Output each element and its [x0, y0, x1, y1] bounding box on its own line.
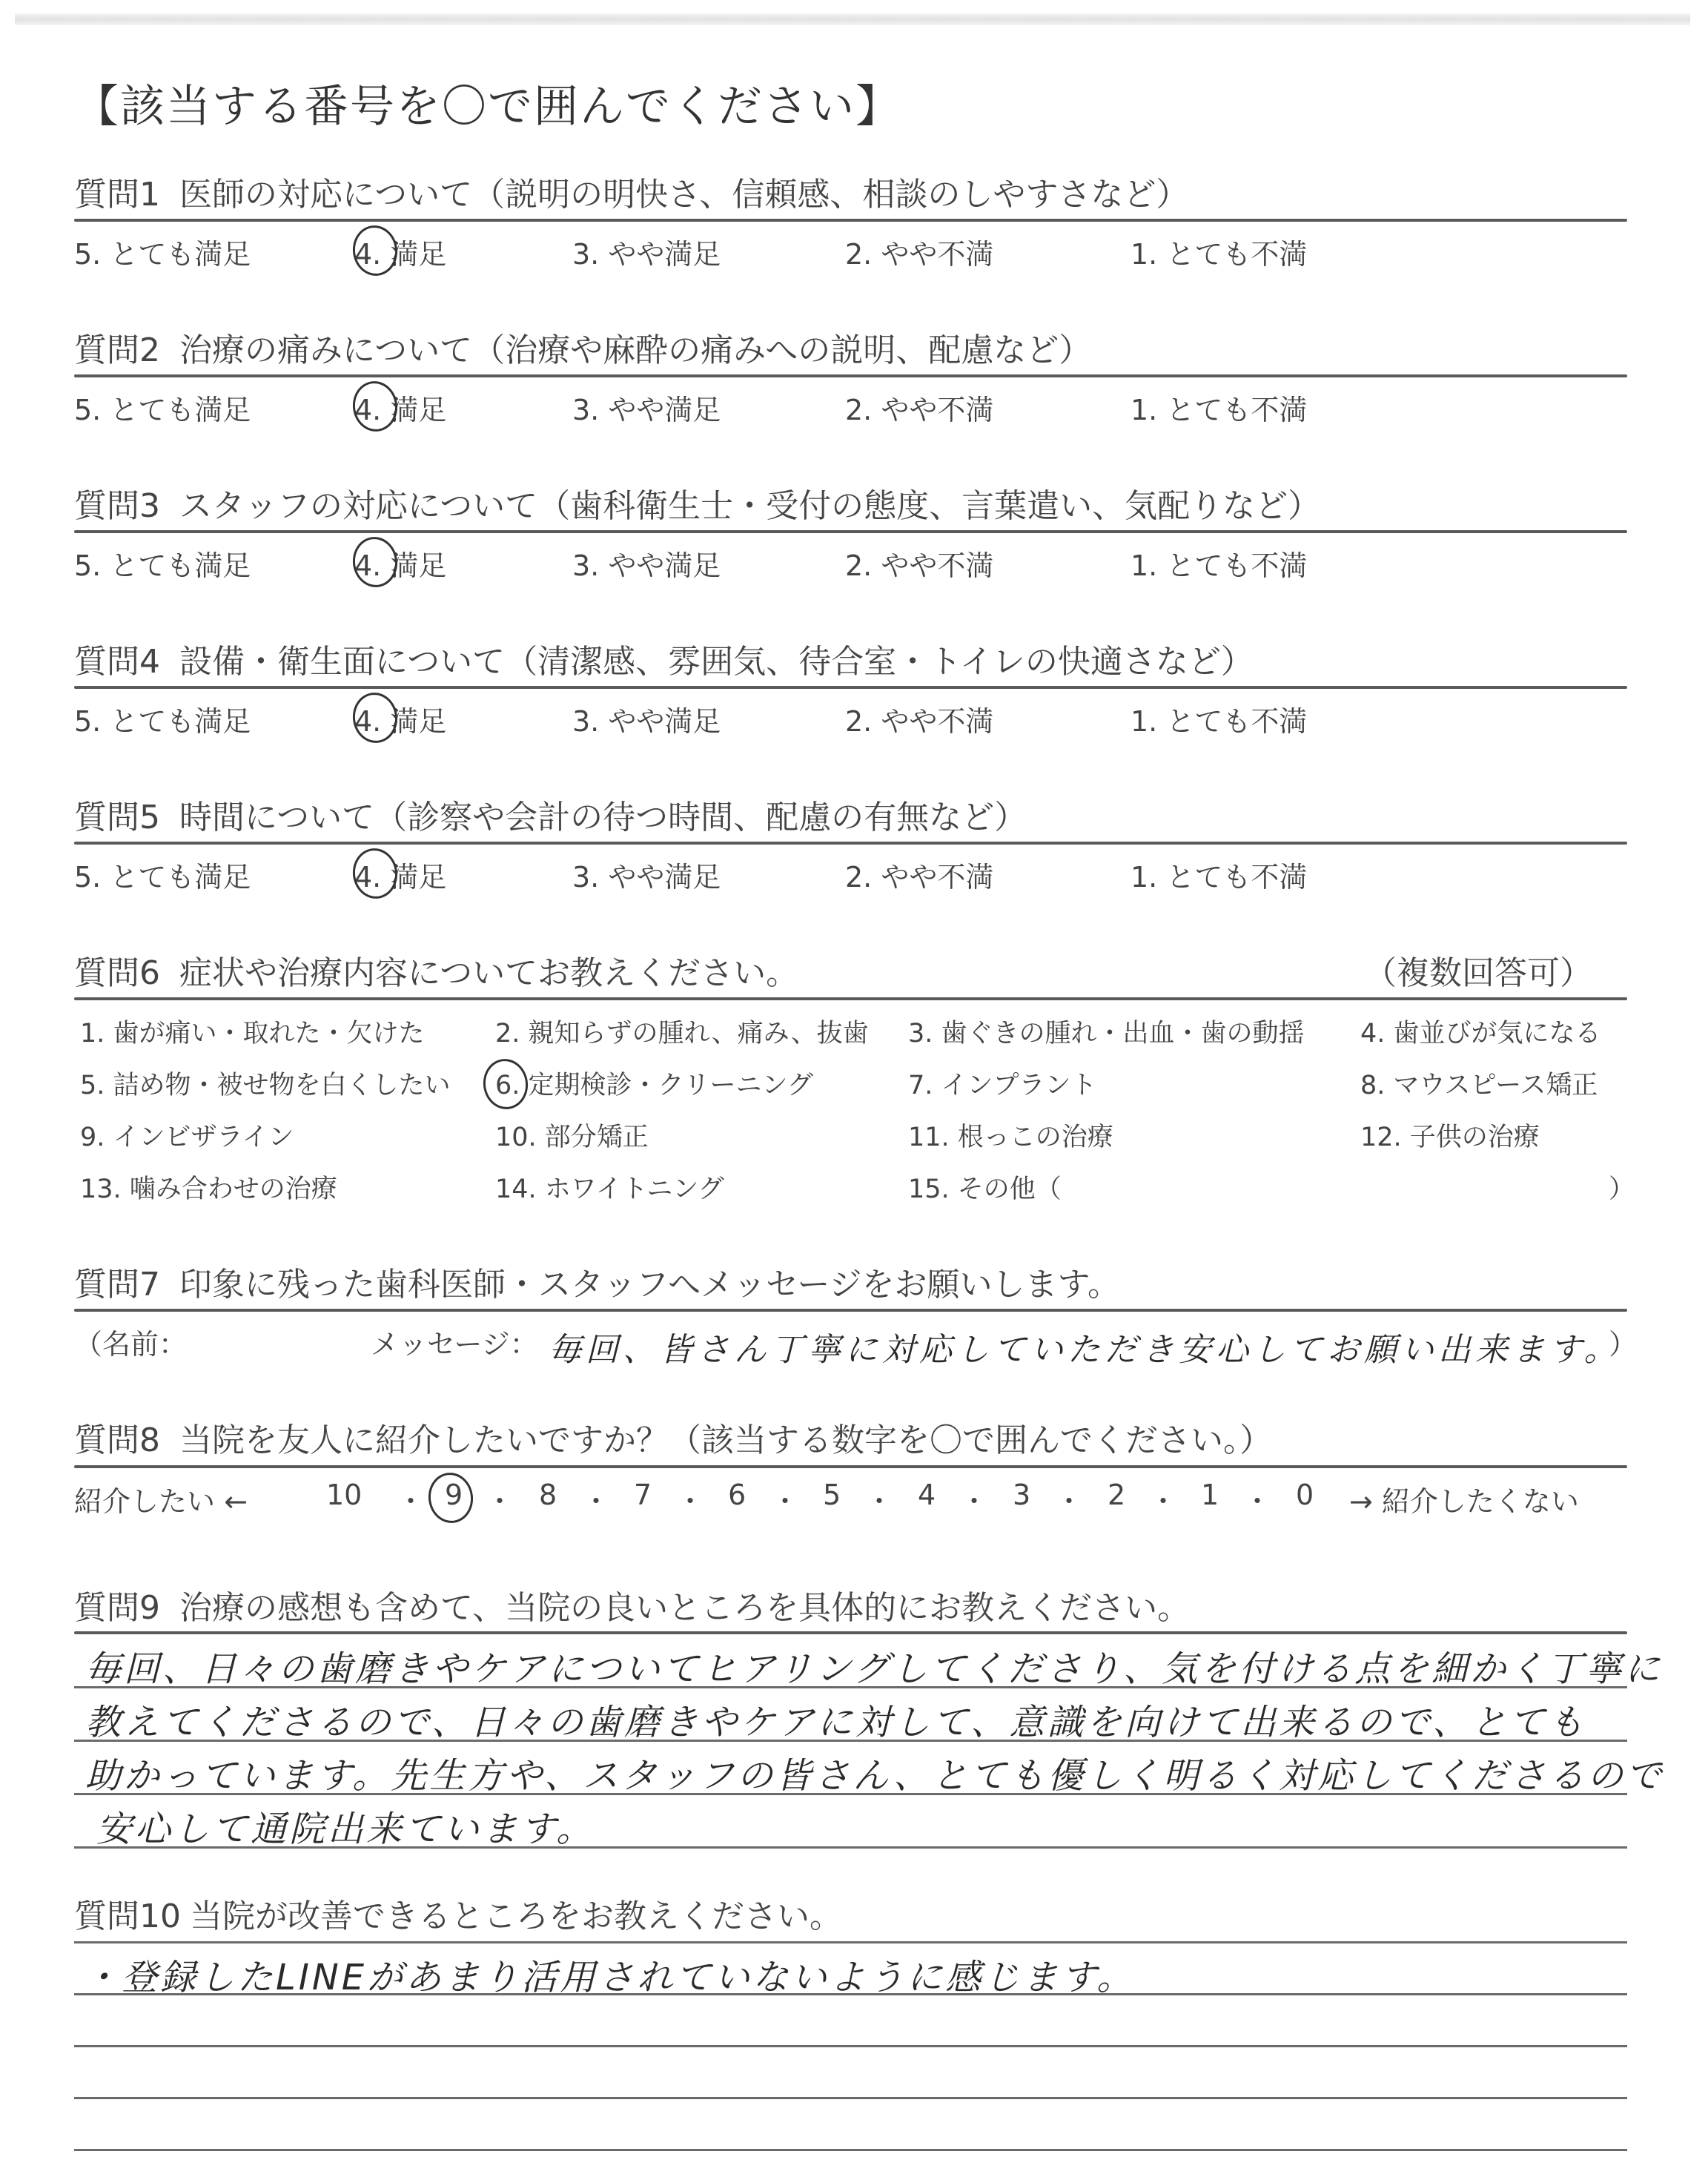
treatment-option-13[interactable]: 13. 噛み合わせの治療: [80, 1169, 337, 1206]
scale-separator: ・: [397, 1479, 425, 1519]
treatment-option-14[interactable]: 14. ホワイトニング: [495, 1169, 724, 1206]
divider: [74, 686, 1627, 689]
multiple-answers-note: （複数回答可）: [1364, 946, 1592, 994]
scale-left-label: 紹介したい ←: [74, 1479, 248, 1519]
answer-line-3[interactable]: 助かっています。先生方や、スタッフの皆さん、とても優しく明るく対応してくださるの…: [85, 1747, 1664, 1798]
question-text: 医師の対応について（説明の明快さ、信頼感、相談のしやすさなど）: [179, 176, 1188, 214]
page-title: 【該当する番号を〇で囲んでください】: [74, 71, 901, 135]
option-1[interactable]: 1. とても不満: [1131, 698, 1307, 739]
question-text: 当院を友人に紹介したいですか？（該当する数字を〇で囲んでください。）: [179, 1421, 1272, 1459]
option-5[interactable]: 5. とても満足: [74, 698, 251, 739]
option-2[interactable]: 2. やや不満: [845, 231, 993, 272]
question-6-heading: 質問6症状や治療内容についてお教えください。: [74, 946, 798, 994]
option-4-selected[interactable]: 4. 満足: [354, 698, 446, 739]
treatment-option-11[interactable]: 11. 根っこの治療: [908, 1117, 1113, 1154]
question-7-heading: 質問7印象に残った歯科医師・スタッフへメッセージをお願いします。: [74, 1258, 1120, 1305]
option-2[interactable]: 2. やや不満: [845, 854, 993, 895]
treatment-option-6-selected[interactable]: 6. 定期検診・クリーニング: [495, 1065, 813, 1102]
answer-line: [74, 2097, 1627, 2099]
question-4-heading: 質問4設備・衛生面について（清潔感、雰囲気、待合室・トイレの快適さなど）: [74, 635, 1254, 682]
divider: [74, 997, 1627, 1000]
question-text: スタッフの対応について（歯科衛生士・受付の態度、言葉遣い、気配りなど）: [179, 487, 1320, 525]
treatment-option-7[interactable]: 7. インプラント: [908, 1065, 1097, 1102]
scale-separator: ・: [771, 1479, 799, 1519]
question-5-heading: 質問5時間について（診察や会計の待つ時間、配慮の有無など）: [74, 790, 1027, 838]
question-2-heading: 質問2治療の痛みについて（治療や麻酔の痛みへの説明、配慮など）: [74, 323, 1091, 371]
option-2[interactable]: 2. やや不満: [845, 387, 993, 428]
answer-line-1[interactable]: 毎回、日々の歯磨きやケアについてヒアリングしてくださり、気を付ける点を細かく丁寧…: [85, 1640, 1663, 1691]
scale-1[interactable]: 1: [1201, 1479, 1219, 1511]
answer-line-2[interactable]: 教えてくださるので、日々の歯磨きやケアに対して、意識を向けて出来るので、とても: [85, 1694, 1586, 1745]
option-3[interactable]: 3. やや満足: [572, 698, 721, 739]
scale-9-selected[interactable]: 9: [445, 1479, 463, 1511]
option-3[interactable]: 3. やや満足: [572, 387, 721, 428]
answer-line: [74, 1686, 1627, 1688]
scan-top-band: [15, 13, 1690, 25]
treatment-option-9[interactable]: 9. インビザライン: [80, 1117, 294, 1154]
scale-separator: ・: [582, 1479, 610, 1519]
message-close-paren: ）: [1609, 1321, 1637, 1362]
question-number: 質問3: [74, 487, 160, 525]
answer-line: [74, 1793, 1627, 1795]
treatment-option-3[interactable]: 3. 歯ぐきの腫れ・出血・歯の動揺: [908, 1013, 1305, 1050]
message-label: メッセージ：: [371, 1321, 538, 1362]
option-3[interactable]: 3. やや満足: [572, 854, 721, 895]
scale-separator: ・: [1149, 1479, 1177, 1519]
answer-line: [74, 1941, 1627, 1943]
divider: [74, 530, 1627, 533]
treatment-option-10[interactable]: 10. 部分矯正: [495, 1117, 649, 1154]
message-handwritten[interactable]: 毎回、皆さん丁寧に対応していただき安心してお願い出来ます。: [549, 1323, 1621, 1370]
question-number: 質問9: [74, 1589, 160, 1627]
question-number: 質問1: [74, 176, 160, 214]
answer-line: [74, 1846, 1627, 1849]
treatment-option-8[interactable]: 8. マウスピース矯正: [1360, 1065, 1598, 1102]
name-label: （名前：: [74, 1321, 187, 1362]
scale-7[interactable]: 7: [634, 1479, 652, 1511]
question-1-heading: 質問1医師の対応について（説明の明快さ、信頼感、相談のしやすさなど）: [74, 168, 1188, 215]
other-close-paren: ）: [1609, 1169, 1635, 1206]
divider: [74, 374, 1627, 377]
answer-line: [74, 1993, 1627, 1995]
option-4-selected[interactable]: 4. 満足: [354, 543, 446, 584]
scale-separator: ・: [960, 1479, 988, 1519]
option-4-selected[interactable]: 4. 満足: [354, 231, 446, 272]
option-1[interactable]: 1. とても不満: [1131, 854, 1307, 895]
divider: [74, 1465, 1627, 1468]
option-4-selected[interactable]: 4. 満足: [354, 387, 446, 428]
option-3[interactable]: 3. やや満足: [572, 231, 721, 272]
divider: [74, 842, 1627, 845]
scale-2[interactable]: 2: [1108, 1479, 1125, 1511]
scale-separator: ・: [486, 1479, 514, 1519]
question-3-heading: 質問3スタッフの対応について（歯科衛生士・受付の態度、言葉遣い、気配りなど）: [74, 479, 1320, 526]
treatment-option-4[interactable]: 4. 歯並びが気になる: [1360, 1013, 1601, 1050]
option-5[interactable]: 5. とても満足: [74, 231, 251, 272]
question-8-heading: 質問8当院を友人に紹介したいですか？（該当する数字を〇で囲んでください。）: [74, 1413, 1272, 1461]
scale-separator: ・: [865, 1479, 893, 1519]
answer-line: [74, 2149, 1627, 2151]
scale-6[interactable]: 6: [728, 1479, 746, 1511]
question-number: 質問6: [74, 954, 160, 992]
option-5[interactable]: 5. とても満足: [74, 543, 251, 584]
option-3[interactable]: 3. やや満足: [572, 543, 721, 584]
question-number: 質問8: [74, 1421, 160, 1459]
option-4-selected[interactable]: 4. 満足: [354, 854, 446, 895]
treatment-option-12[interactable]: 12. 子供の治療: [1360, 1117, 1540, 1154]
scale-3[interactable]: 3: [1013, 1479, 1030, 1511]
question-number: 質問10: [74, 1898, 181, 1935]
scale-separator: ・: [676, 1479, 704, 1519]
option-1[interactable]: 1. とても不満: [1131, 387, 1307, 428]
question-text: 治療の痛みについて（治療や麻酔の痛みへの説明、配慮など）: [179, 331, 1091, 369]
question-number: 質問4: [74, 643, 160, 681]
question-10-heading: 質問10当院が改善できるところをお教えください。: [74, 1889, 842, 1937]
scale-5[interactable]: 5: [823, 1479, 841, 1511]
question-number: 質問5: [74, 799, 160, 836]
answer-line: [74, 1740, 1627, 1742]
option-2[interactable]: 2. やや不満: [845, 543, 993, 584]
treatment-option-5[interactable]: 5. 詰め物・被せ物を白くしたい: [80, 1065, 451, 1102]
scale-4[interactable]: 4: [918, 1479, 936, 1511]
question-text: 治療の感想も含めて、当院の良いところを具体的にお教えください。: [179, 1589, 1190, 1627]
scale-8[interactable]: 8: [539, 1479, 557, 1511]
scale-10[interactable]: 10: [326, 1479, 362, 1511]
divider: [74, 1309, 1627, 1312]
answer-line: [74, 2045, 1627, 2047]
option-1[interactable]: 1. とても不満: [1131, 543, 1307, 584]
question-text: 印象に残った歯科医師・スタッフへメッセージをお願いします。: [179, 1266, 1120, 1304]
option-1[interactable]: 1. とても不満: [1131, 231, 1307, 272]
treatment-option-15[interactable]: 15. その他（: [908, 1169, 1062, 1206]
question-number: 質問7: [74, 1266, 160, 1304]
option-5[interactable]: 5. とても満足: [74, 387, 251, 428]
scale-0[interactable]: 0: [1296, 1479, 1314, 1511]
question-9-heading: 質問9治療の感想も含めて、当院の良いところを具体的にお教えください。: [74, 1581, 1190, 1628]
scale-separator: ・: [1055, 1479, 1083, 1519]
question-text: 症状や治療内容についてお教えください。: [179, 954, 798, 992]
option-5[interactable]: 5. とても満足: [74, 854, 251, 895]
scale-separator: ・: [1243, 1479, 1271, 1519]
treatment-option-1[interactable]: 1. 歯が痛い・取れた・欠けた: [80, 1013, 425, 1050]
treatment-option-2[interactable]: 2. 親知らずの腫れ、痛み、抜歯: [495, 1013, 869, 1050]
scale-right-label: → 紹介したくない: [1349, 1479, 1579, 1519]
question-text: 時間について（診察や会計の待つ時間、配慮の有無など）: [179, 799, 1027, 836]
question-number: 質問2: [74, 331, 160, 369]
answer-line: [74, 1631, 1627, 1634]
question-text: 設備・衛生面について（清潔感、雰囲気、待合室・トイレの快適さなど）: [179, 643, 1254, 681]
answer-line-4[interactable]: 安心して通院出来ています。: [96, 1800, 595, 1852]
divider: [74, 219, 1627, 222]
option-2[interactable]: 2. やや不満: [845, 698, 993, 739]
improvement-answer-line-1[interactable]: ・登録したLINEがあまり活用されていないように感じます。: [83, 1949, 1135, 2000]
question-text: 当院が改善できるところをお教えください。: [190, 1898, 842, 1935]
